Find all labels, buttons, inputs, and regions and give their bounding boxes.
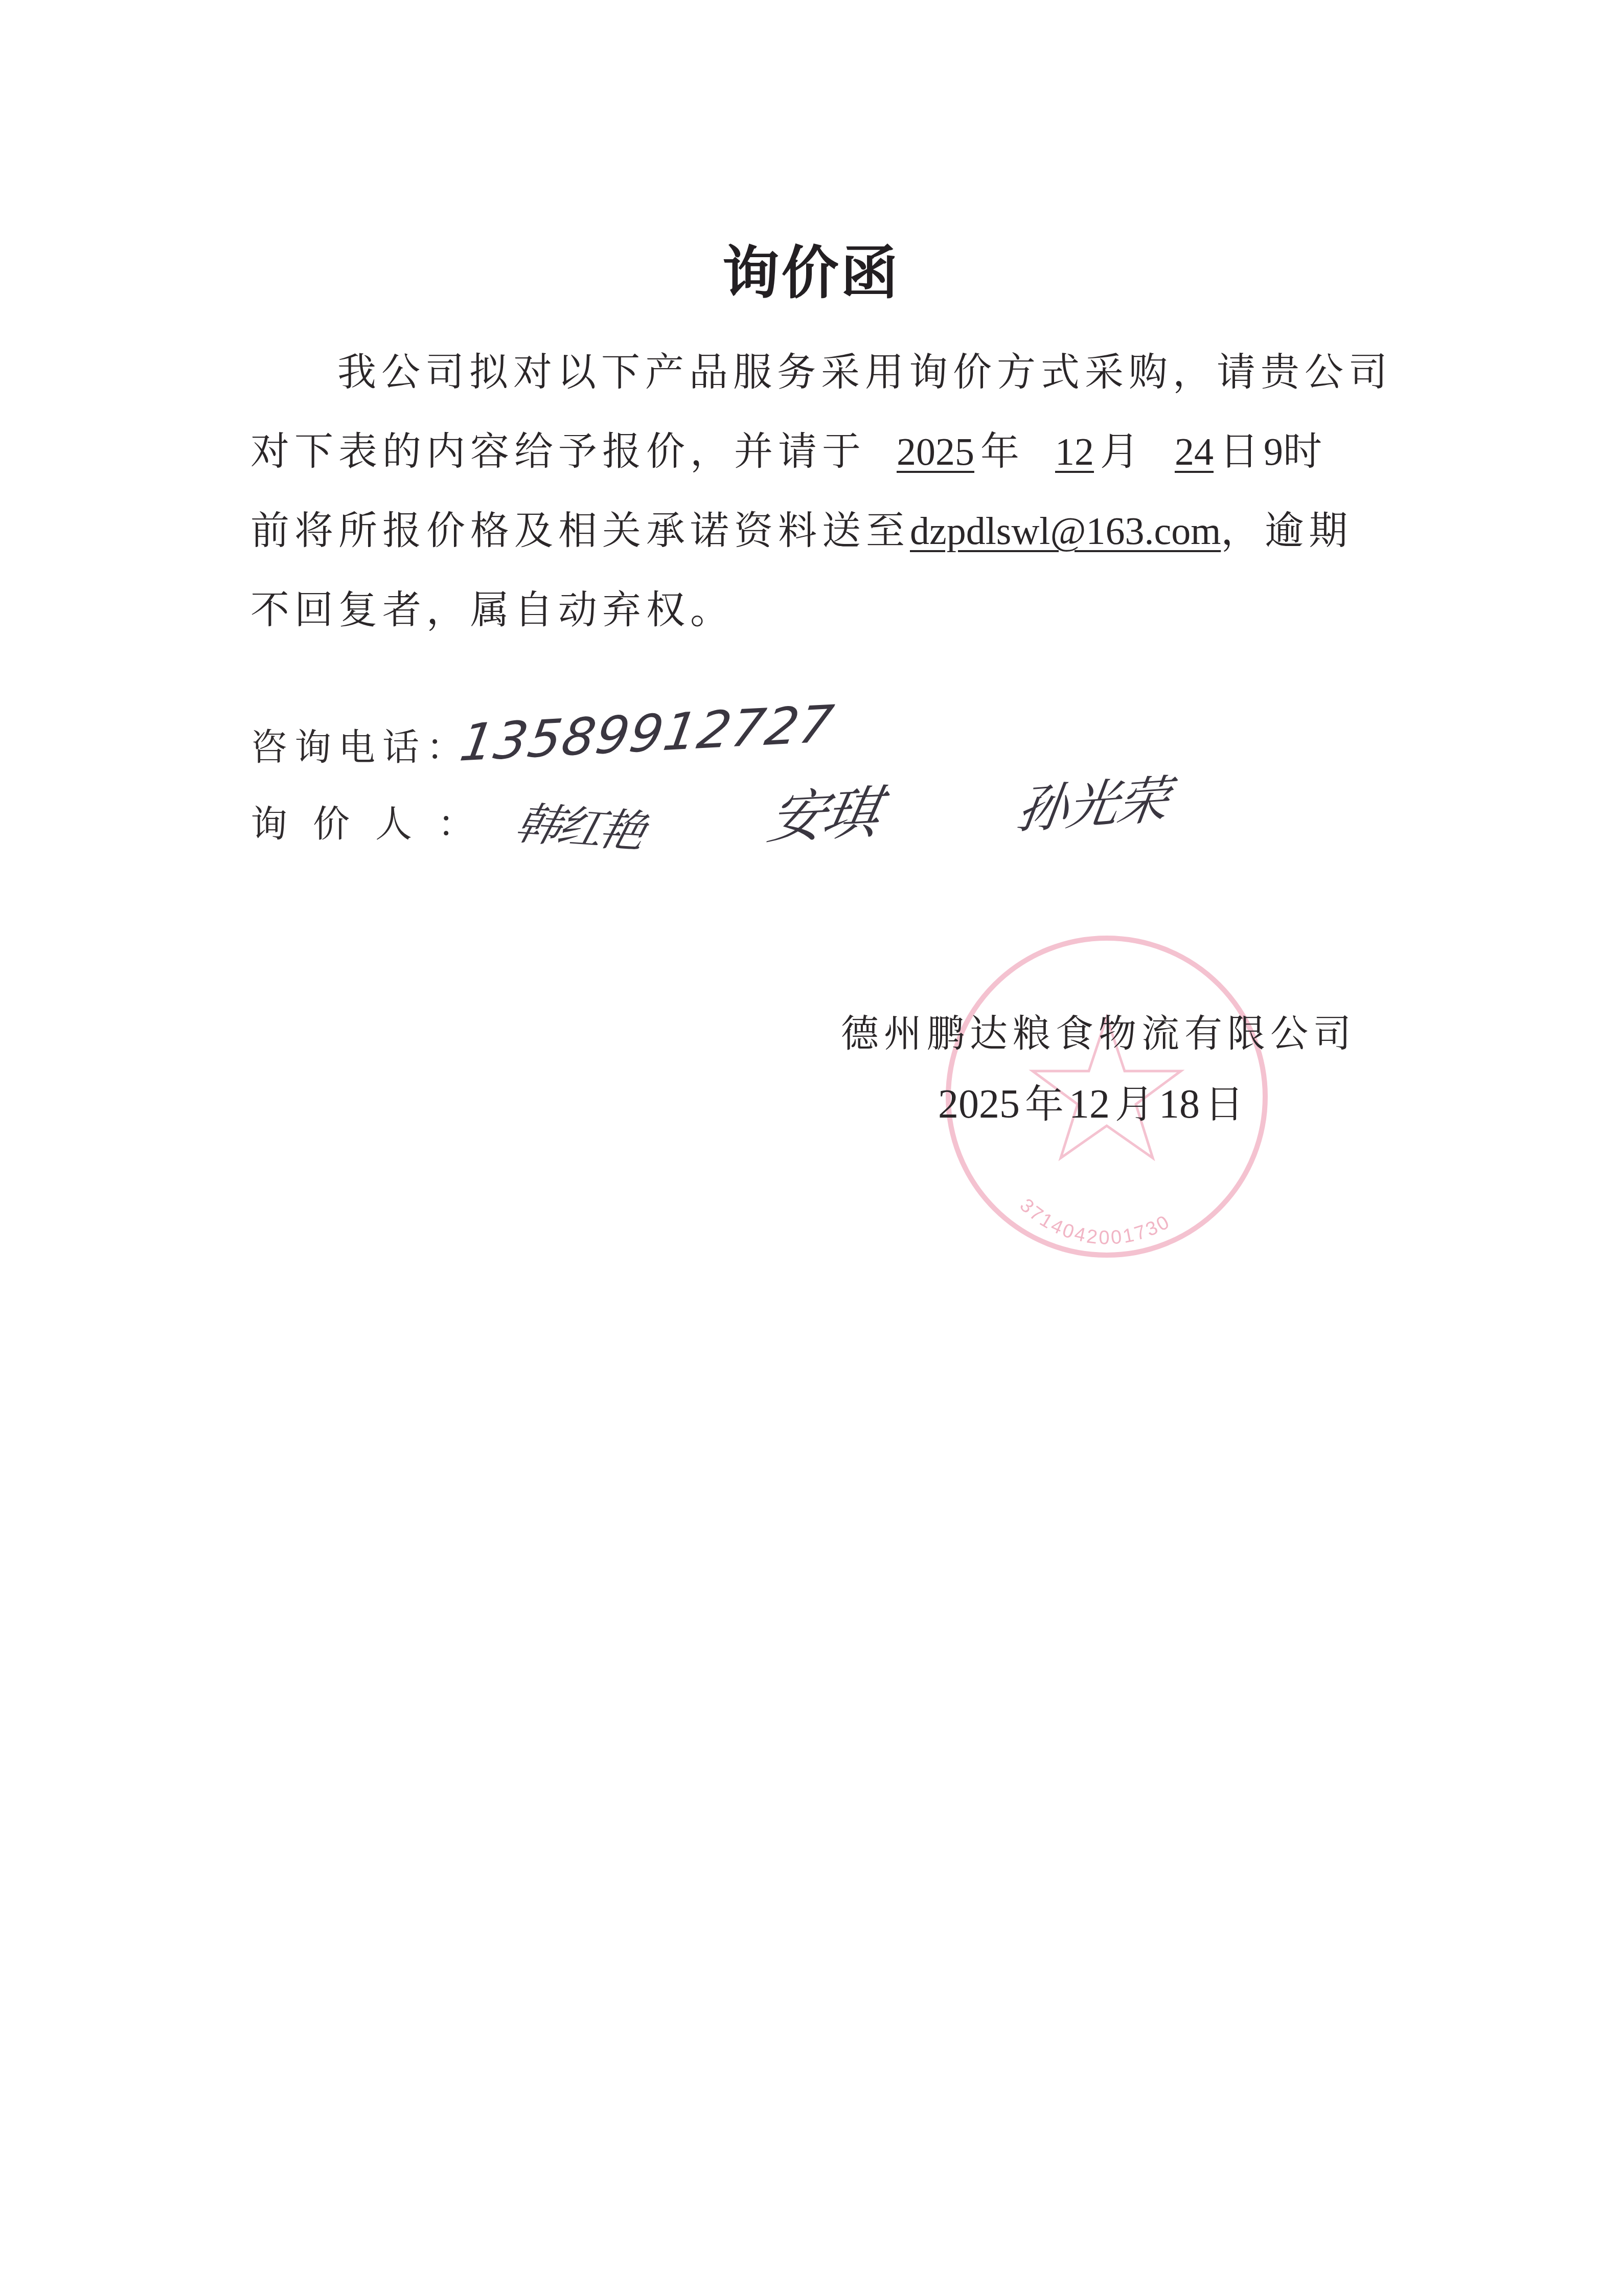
date-year: 2025 [938,1082,1020,1127]
body-text: 我公司拟对以下产品服务采用询价方式采购，请贵公司 [337,349,1392,395]
signature-2: 安琪 [764,784,883,847]
deadline-month: 12 [1024,433,1100,471]
body-line-1: 我公司拟对以下产品服务采用询价方式采购，请贵公司 [337,353,1392,392]
body-line-4: 不回复者，属自动弃权。 [250,590,734,629]
day-unit: 日 [1220,428,1264,474]
signature-1: 韩红艳 [511,801,647,854]
month-unit: 月 [1100,428,1144,474]
email-link[interactable]: dzpdlswl@163.com [910,510,1221,553]
phone-label: 咨询电话： [250,729,470,765]
date-day: 18 [1159,1082,1200,1127]
seal-code: 3714042001730 [1016,1195,1175,1249]
inquiry-letter-page: 询价函 我公司拟对以下产品服务采用询价方式采购，请贵公司 对下表的内容给予报价，… [0,0,1622,2296]
body-line-2: 对下表的内容给予报价，并请于2025年12月24日9时 [250,432,1327,471]
date-day-unit: 日 [1200,1081,1249,1127]
body-text: 不回复者，属自动弃权。 [250,587,734,632]
issue-date: 2025年12月18日 [938,1084,1249,1125]
body-text: 对下表的内容给予报价，并请于 [250,428,866,474]
inquirer-label: 询价人： [250,805,500,842]
deadline-day: 24 [1144,433,1220,471]
date-month: 12 [1069,1082,1110,1127]
year-unit: 年 [980,428,1024,474]
deadline-hour: 9 [1264,430,1283,473]
document-title: 询价函 [0,228,1622,310]
signature-3: 孙光荣 [1014,774,1171,836]
handwritten-phone-number: 13589912727 [456,698,837,769]
body-text: 前将所报价格及相关承诺资料送至 [250,508,910,553]
svg-text:3714042001730: 3714042001730 [1016,1195,1175,1249]
date-year-unit: 年 [1020,1081,1069,1127]
company-name: 德州鹏达粮食物流有限公司 [841,1015,1356,1053]
body-line-3: 前将所报价格及相关承诺资料送至dzpdlswl@163.com，逾期 [250,511,1353,551]
body-text: ，逾期 [1221,508,1353,553]
hour-unit: 时 [1283,428,1327,474]
date-month-unit: 月 [1110,1081,1159,1127]
deadline-year: 2025 [866,433,980,471]
